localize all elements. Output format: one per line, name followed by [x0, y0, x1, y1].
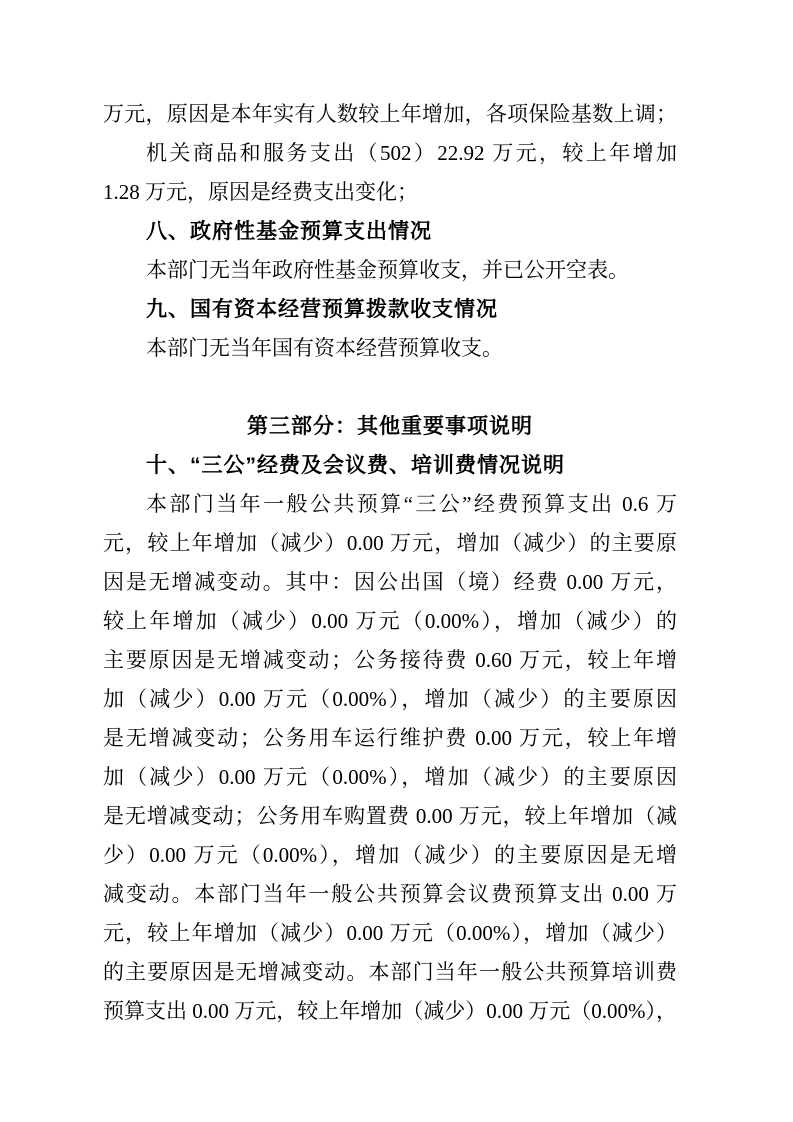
- document-body: 万元，原因是本年实有人数较上年增加，各项保险基数上调；机关商品和服务支出（502…: [103, 95, 677, 1031]
- body-text-line-7: 本部门无当年国有资本经营预算收支。: [103, 329, 677, 368]
- body-text-line-24: 预算支出 0.00 万元，较上年增加（减少）0.00 万元（0.00%），: [103, 992, 677, 1031]
- body-text-line-21: 减变动。本部门当年一般公共预算会议费预算支出 0.00 万: [103, 875, 677, 914]
- body-text-line-18: 加（减少）0.00 万元（0.00%），增加（减少）的主要原因: [103, 758, 677, 797]
- body-text-line-19: 是无增减变动；公务用车购置费 0.00 万元，较上年增加（减: [103, 797, 677, 836]
- section-heading-10: 十、“三公”经费及会议费、培训费情况说明: [103, 446, 677, 485]
- body-text-line-5: 本部门无当年政府性基金预算收支，并已公开空表。: [103, 251, 677, 290]
- body-text-line-16: 加（减少）0.00 万元（0.00%），增加（减少）的主要原因: [103, 680, 677, 719]
- body-text-line-23: 的主要原因是无增减变动。本部门当年一般公共预算培训费: [103, 953, 677, 992]
- body-text-line-3: 1.28 万元，原因是经费支出变化；: [103, 173, 677, 212]
- section-heading-4: 八、政府性基金预算支出情况: [103, 212, 677, 251]
- body-text-line-2: 机关商品和服务支出（502）22.92 万元，较上年增加: [103, 134, 677, 173]
- body-text-line-14: 较上年增加（减少）0.00 万元（0.00%），增加（减少）的: [103, 602, 677, 641]
- body-text-line-20: 少）0.00 万元（0.00%），增加（减少）的主要原因是无增: [103, 836, 677, 875]
- blank-line-8: [103, 368, 677, 407]
- body-text-line-15: 主要原因是无增减变动；公务接待费 0.60 万元，较上年增: [103, 641, 677, 680]
- section-heading-6: 九、国有资本经营预算拨款收支情况: [103, 290, 677, 329]
- document-page: 万元，原因是本年实有人数较上年增加，各项保险基数上调；机关商品和服务支出（502…: [0, 0, 793, 1122]
- part-title-9: 第三部分：其他重要事项说明: [103, 407, 677, 446]
- body-text-line-1: 万元，原因是本年实有人数较上年增加，各项保险基数上调；: [103, 95, 677, 134]
- body-text-line-11: 本部门当年一般公共预算“三公”经费预算支出 0.6 万: [103, 485, 677, 524]
- body-text-line-13: 因是无增减变动。其中：因公出国（境）经费 0.00 万元，: [103, 563, 677, 602]
- body-text-line-12: 元，较上年增加（减少）0.00 万元，增加（减少）的主要原: [103, 524, 677, 563]
- body-text-line-22: 元，较上年增加（减少）0.00 万元（0.00%），增加（减少）: [103, 914, 677, 953]
- body-text-line-17: 是无增减变动；公务用车运行维护费 0.00 万元，较上年增: [103, 719, 677, 758]
